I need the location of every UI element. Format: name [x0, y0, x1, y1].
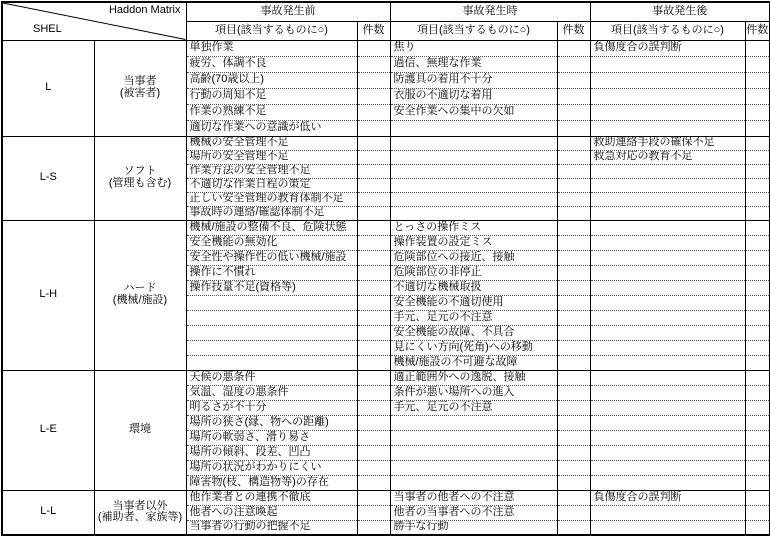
item-cell-during: 防護具の着用不十分 — [390, 72, 557, 88]
matrix-table: Haddon Matrix SHEL 事故発生前 事故発生時 事故発生後 項目(… — [1, 1, 770, 536]
item-cell-pre — [186, 310, 357, 325]
item-cell-post: 負傷度合の誤判断 — [590, 490, 745, 505]
count-cell-during — [557, 88, 590, 104]
count-cell-post — [745, 104, 770, 120]
table-row: L-Hハード(機械/施設)機械/施設の整備不良、危険状態とっさの操作ミス — [2, 220, 770, 235]
count-cell-during — [557, 400, 590, 415]
item-cell-during: 焦り — [390, 40, 557, 56]
item-column-header-during: 項目(該当するものに○) — [390, 21, 557, 40]
count-cell-pre — [357, 250, 390, 265]
item-cell-post — [590, 206, 745, 220]
corner-label-shel: SHEL — [33, 24, 62, 36]
item-cell-pre — [186, 295, 357, 310]
count-cell-pre — [357, 220, 390, 235]
count-cell-post — [745, 475, 770, 490]
item-cell-post — [590, 340, 745, 355]
count-cell-post — [745, 206, 770, 220]
corner-cell: Haddon Matrix SHEL — [2, 2, 186, 40]
count-cell-post — [745, 370, 770, 385]
item-cell-during — [390, 430, 557, 445]
item-cell-post — [590, 164, 745, 178]
count-cell-pre — [357, 400, 390, 415]
item-cell-pre: 作業の熟練不足 — [186, 104, 357, 120]
count-cell-post — [745, 520, 770, 535]
item-cell-post: 救急対応の教育不足 — [590, 150, 745, 164]
count-cell-post — [745, 385, 770, 400]
count-cell-during — [557, 430, 590, 445]
category-line: (被害者) — [95, 88, 186, 100]
count-cell-post — [745, 120, 770, 136]
header-row-phases: Haddon Matrix SHEL 事故発生前 事故発生時 事故発生後 — [2, 2, 770, 21]
count-cell-during — [557, 56, 590, 72]
item-cell-during: 操作装置の設定ミス — [390, 235, 557, 250]
count-cell-during — [557, 355, 590, 370]
item-cell-during — [390, 164, 557, 178]
item-cell-during: 他者の当事者への不注意 — [390, 505, 557, 520]
count-cell-pre — [357, 88, 390, 104]
category-line: 環境 — [95, 424, 186, 436]
category-line: (管理も含む) — [95, 178, 186, 190]
count-cell-during — [557, 445, 590, 460]
item-cell-during — [390, 460, 557, 475]
item-cell-post — [590, 280, 745, 295]
count-cell-pre — [357, 325, 390, 340]
item-cell-during — [390, 178, 557, 192]
count-cell-pre — [357, 164, 390, 178]
count-cell-pre — [357, 340, 390, 355]
count-cell-pre — [357, 265, 390, 280]
count-cell-post — [745, 72, 770, 88]
item-cell-pre: 場所の安全管理不足 — [186, 150, 357, 164]
item-cell-post — [590, 88, 745, 104]
count-cell-post — [745, 178, 770, 192]
count-column-header-during: 件数 — [557, 21, 590, 40]
count-cell-post — [745, 490, 770, 505]
count-cell-during — [557, 505, 590, 520]
item-cell-post — [590, 460, 745, 475]
count-cell-pre — [357, 56, 390, 72]
category-cell: 当事者以外(補助者、家族等) — [94, 490, 186, 535]
item-cell-during — [390, 192, 557, 206]
item-cell-post — [590, 104, 745, 120]
count-cell-pre — [357, 385, 390, 400]
count-cell-pre — [357, 310, 390, 325]
count-cell-post — [745, 460, 770, 475]
count-cell-pre — [357, 460, 390, 475]
category-line: (機械/施設) — [95, 295, 186, 307]
count-cell-post — [745, 88, 770, 104]
count-cell-during — [557, 490, 590, 505]
item-cell-pre: 疲労、体調不良 — [186, 56, 357, 72]
item-cell-during: 安全機能の故障、不具合 — [390, 325, 557, 340]
item-cell-pre: 作業方法の安全管理不足 — [186, 164, 357, 178]
item-cell-pre — [186, 325, 357, 340]
item-cell-during: 危険部位への接近、接触 — [390, 250, 557, 265]
count-cell-pre — [357, 150, 390, 164]
item-cell-pre: 場所の傾斜、段差、凹凸 — [186, 445, 357, 460]
count-cell-during — [557, 178, 590, 192]
phase-header-during: 事故発生時 — [390, 2, 590, 21]
count-cell-during — [557, 385, 590, 400]
item-cell-pre: 場所の軟弱さ、滑り易さ — [186, 430, 357, 445]
item-cell-post — [590, 475, 745, 490]
item-cell-post — [590, 355, 745, 370]
count-cell-post — [745, 56, 770, 72]
count-cell-pre — [357, 415, 390, 430]
item-cell-during — [390, 475, 557, 490]
count-cell-post — [745, 400, 770, 415]
count-cell-post — [745, 340, 770, 355]
item-cell-post — [590, 220, 745, 235]
haddon-shel-matrix-sheet: Haddon Matrix SHEL 事故発生前 事故発生時 事故発生後 項目(… — [0, 0, 770, 536]
count-cell-post — [745, 265, 770, 280]
item-cell-pre: 適切な作業への意識が低い — [186, 120, 357, 136]
item-cell-post — [590, 56, 745, 72]
item-cell-during: 機械/施設の不可避な故障 — [390, 355, 557, 370]
count-cell-pre — [357, 355, 390, 370]
matrix-body: L当事者(被害者)単独作業焦り負傷度合の誤判断疲労、体調不良過信、無理な作業高齢… — [2, 40, 770, 535]
count-cell-post — [745, 192, 770, 206]
item-cell-pre: 他者への注意喚起 — [186, 505, 357, 520]
count-cell-during — [557, 220, 590, 235]
count-cell-post — [745, 164, 770, 178]
item-cell-post: 救助連絡手段の確保不足 — [590, 136, 745, 150]
count-cell-during — [557, 520, 590, 535]
item-cell-during: 過信、無理な作業 — [390, 56, 557, 72]
item-cell-during: 衣服の不適切な着用 — [390, 88, 557, 104]
count-cell-during — [557, 104, 590, 120]
category-cell: ソフト(管理も含む) — [94, 136, 186, 220]
item-cell-pre: 他作業者との連携不徹底 — [186, 490, 357, 505]
shel-code-cell: L-L — [2, 490, 94, 535]
count-cell-during — [557, 250, 590, 265]
item-cell-pre: 行動の周知不足 — [186, 88, 357, 104]
item-cell-post — [590, 295, 745, 310]
count-cell-post — [745, 150, 770, 164]
item-cell-pre: 明るさが不十分 — [186, 400, 357, 415]
item-cell-during: 勝手な行動 — [390, 520, 557, 535]
count-cell-post — [745, 280, 770, 295]
shel-code-cell: L — [2, 40, 94, 136]
item-cell-post — [590, 430, 745, 445]
count-cell-pre — [357, 295, 390, 310]
count-cell-post — [745, 136, 770, 150]
item-cell-post — [590, 505, 745, 520]
item-cell-post — [590, 520, 745, 535]
item-cell-post — [590, 385, 745, 400]
count-cell-during — [557, 460, 590, 475]
count-cell-post — [745, 505, 770, 520]
item-cell-during: 条件が悪い場所への進入 — [390, 385, 557, 400]
category-cell: 環境 — [94, 370, 186, 490]
count-cell-post — [745, 235, 770, 250]
corner-label-haddon: Haddon Matrix — [109, 5, 181, 17]
item-cell-post — [590, 192, 745, 206]
item-cell-pre: 安全性や操作性の低い機械/施設 — [186, 250, 357, 265]
count-cell-post — [745, 295, 770, 310]
count-cell-during — [557, 310, 590, 325]
item-cell-post — [590, 310, 745, 325]
count-cell-pre — [357, 178, 390, 192]
count-cell-during — [557, 150, 590, 164]
item-cell-during: 安全機能の不適切使用 — [390, 295, 557, 310]
count-cell-during — [557, 136, 590, 150]
count-cell-pre — [357, 40, 390, 56]
item-cell-during: 適正範囲外への逸脱、接触 — [390, 370, 557, 385]
count-cell-post — [745, 415, 770, 430]
count-cell-pre — [357, 445, 390, 460]
count-cell-pre — [357, 520, 390, 535]
item-cell-during: 見にくい方向(死角)への移動 — [390, 340, 557, 355]
item-cell-post — [590, 178, 745, 192]
item-cell-pre — [186, 355, 357, 370]
item-cell-pre: 機械の安全管理不足 — [186, 136, 357, 150]
count-cell-pre — [357, 120, 390, 136]
category-cell: 当事者(被害者) — [94, 40, 186, 136]
shel-code-cell: L-E — [2, 370, 94, 490]
count-cell-pre — [357, 370, 390, 385]
count-cell-during — [557, 370, 590, 385]
count-cell-during — [557, 40, 590, 56]
count-cell-pre — [357, 490, 390, 505]
item-cell-pre: 事故時の連絡/確認体制不足 — [186, 206, 357, 220]
phase-header-after: 事故発生後 — [590, 2, 770, 21]
count-cell-pre — [357, 72, 390, 88]
item-cell-during — [390, 415, 557, 430]
item-cell-post — [590, 72, 745, 88]
count-cell-post — [745, 445, 770, 460]
item-cell-during — [390, 150, 557, 164]
item-cell-post: 負傷度合の誤判断 — [590, 40, 745, 56]
item-cell-pre: 高齢(70歳以上) — [186, 72, 357, 88]
count-cell-post — [745, 325, 770, 340]
item-cell-pre: 気温、湿度の悪条件 — [186, 385, 357, 400]
item-cell-during: 当事者の他者への不注意 — [390, 490, 557, 505]
item-cell-during — [390, 445, 557, 460]
count-cell-during — [557, 192, 590, 206]
item-cell-during — [390, 206, 557, 220]
count-cell-post — [745, 40, 770, 56]
table-row: L-E環境天候の悪条件適正範囲外への逸脱、接触 — [2, 370, 770, 385]
item-cell-during: 手元、足元の不注意 — [390, 310, 557, 325]
count-cell-during — [557, 164, 590, 178]
category-cell: ハード(機械/施設) — [94, 220, 186, 370]
item-cell-pre: 不適切な作業日程の策定 — [186, 178, 357, 192]
item-cell-post — [590, 415, 745, 430]
item-cell-post — [590, 370, 745, 385]
item-cell-post — [590, 120, 745, 136]
count-cell-during — [557, 415, 590, 430]
shel-code-cell: L-S — [2, 136, 94, 220]
item-column-header-after: 項目(該当するものに○) — [590, 21, 745, 40]
category-line: (補助者、家族等) — [95, 512, 186, 524]
item-cell-pre: 操作技量不足(資格等) — [186, 280, 357, 295]
count-cell-during — [557, 265, 590, 280]
shel-code-cell: L-H — [2, 220, 94, 370]
table-row: L-Sソフト(管理も含む)機械の安全管理不足救助連絡手段の確保不足 — [2, 136, 770, 150]
item-cell-during: 安全作業への集中の欠如 — [390, 104, 557, 120]
table-row: L-L当事者以外(補助者、家族等)他作業者との連携不徹底当事者の他者への不注意負… — [2, 490, 770, 505]
item-cell-post — [590, 235, 745, 250]
item-cell-pre: 正しい安全管理の教育体制不足 — [186, 192, 357, 206]
item-cell-pre: 単独作業 — [186, 40, 357, 56]
count-cell-during — [557, 72, 590, 88]
item-cell-post — [590, 445, 745, 460]
item-cell-post — [590, 265, 745, 280]
item-cell-during: 不適切な機械取扱 — [390, 280, 557, 295]
count-cell-during — [557, 340, 590, 355]
count-cell-pre — [357, 475, 390, 490]
item-cell-pre: 安全機能の無効化 — [186, 235, 357, 250]
count-column-header-after: 件数 — [745, 21, 770, 40]
count-cell-pre — [357, 235, 390, 250]
item-cell-post — [590, 400, 745, 415]
count-cell-pre — [357, 136, 390, 150]
item-cell-post — [590, 325, 745, 340]
item-cell-post — [590, 250, 745, 265]
item-cell-pre: 障害物(枝、構造物等)の存在 — [186, 475, 357, 490]
item-cell-pre — [186, 340, 357, 355]
item-cell-pre: 当事者の行動の把握不足 — [186, 520, 357, 535]
count-cell-during — [557, 475, 590, 490]
count-cell-during — [557, 325, 590, 340]
count-cell-during — [557, 235, 590, 250]
count-cell-pre — [357, 280, 390, 295]
item-cell-during: 手元、足元の不注意 — [390, 400, 557, 415]
count-cell-post — [745, 220, 770, 235]
count-column-header-before: 件数 — [357, 21, 390, 40]
count-cell-pre — [357, 104, 390, 120]
item-cell-during: とっさの操作ミス — [390, 220, 557, 235]
count-cell-pre — [357, 192, 390, 206]
count-cell-during — [557, 280, 590, 295]
item-cell-during — [390, 136, 557, 150]
item-cell-pre: 機械/施設の整備不良、危険状態 — [186, 220, 357, 235]
count-cell-post — [745, 250, 770, 265]
count-cell-during — [557, 206, 590, 220]
item-cell-pre: 場所の状況がわかりにくい — [186, 460, 357, 475]
count-cell-post — [745, 355, 770, 370]
count-cell-during — [557, 120, 590, 136]
item-cell-pre: 操作に不慣れ — [186, 265, 357, 280]
count-cell-post — [745, 430, 770, 445]
count-cell-pre — [357, 206, 390, 220]
item-cell-pre: 場所の狭さ(縁、物への距離) — [186, 415, 357, 430]
count-cell-post — [745, 310, 770, 325]
count-cell-pre — [357, 505, 390, 520]
count-cell-pre — [357, 430, 390, 445]
count-cell-during — [557, 295, 590, 310]
table-row: L当事者(被害者)単独作業焦り負傷度合の誤判断 — [2, 40, 770, 56]
item-cell-during — [390, 120, 557, 136]
item-cell-pre: 天候の悪条件 — [186, 370, 357, 385]
item-column-header-before: 項目(該当するものに○) — [186, 21, 357, 40]
phase-header-before: 事故発生前 — [186, 2, 390, 21]
item-cell-during: 危険部位の非停止 — [390, 265, 557, 280]
